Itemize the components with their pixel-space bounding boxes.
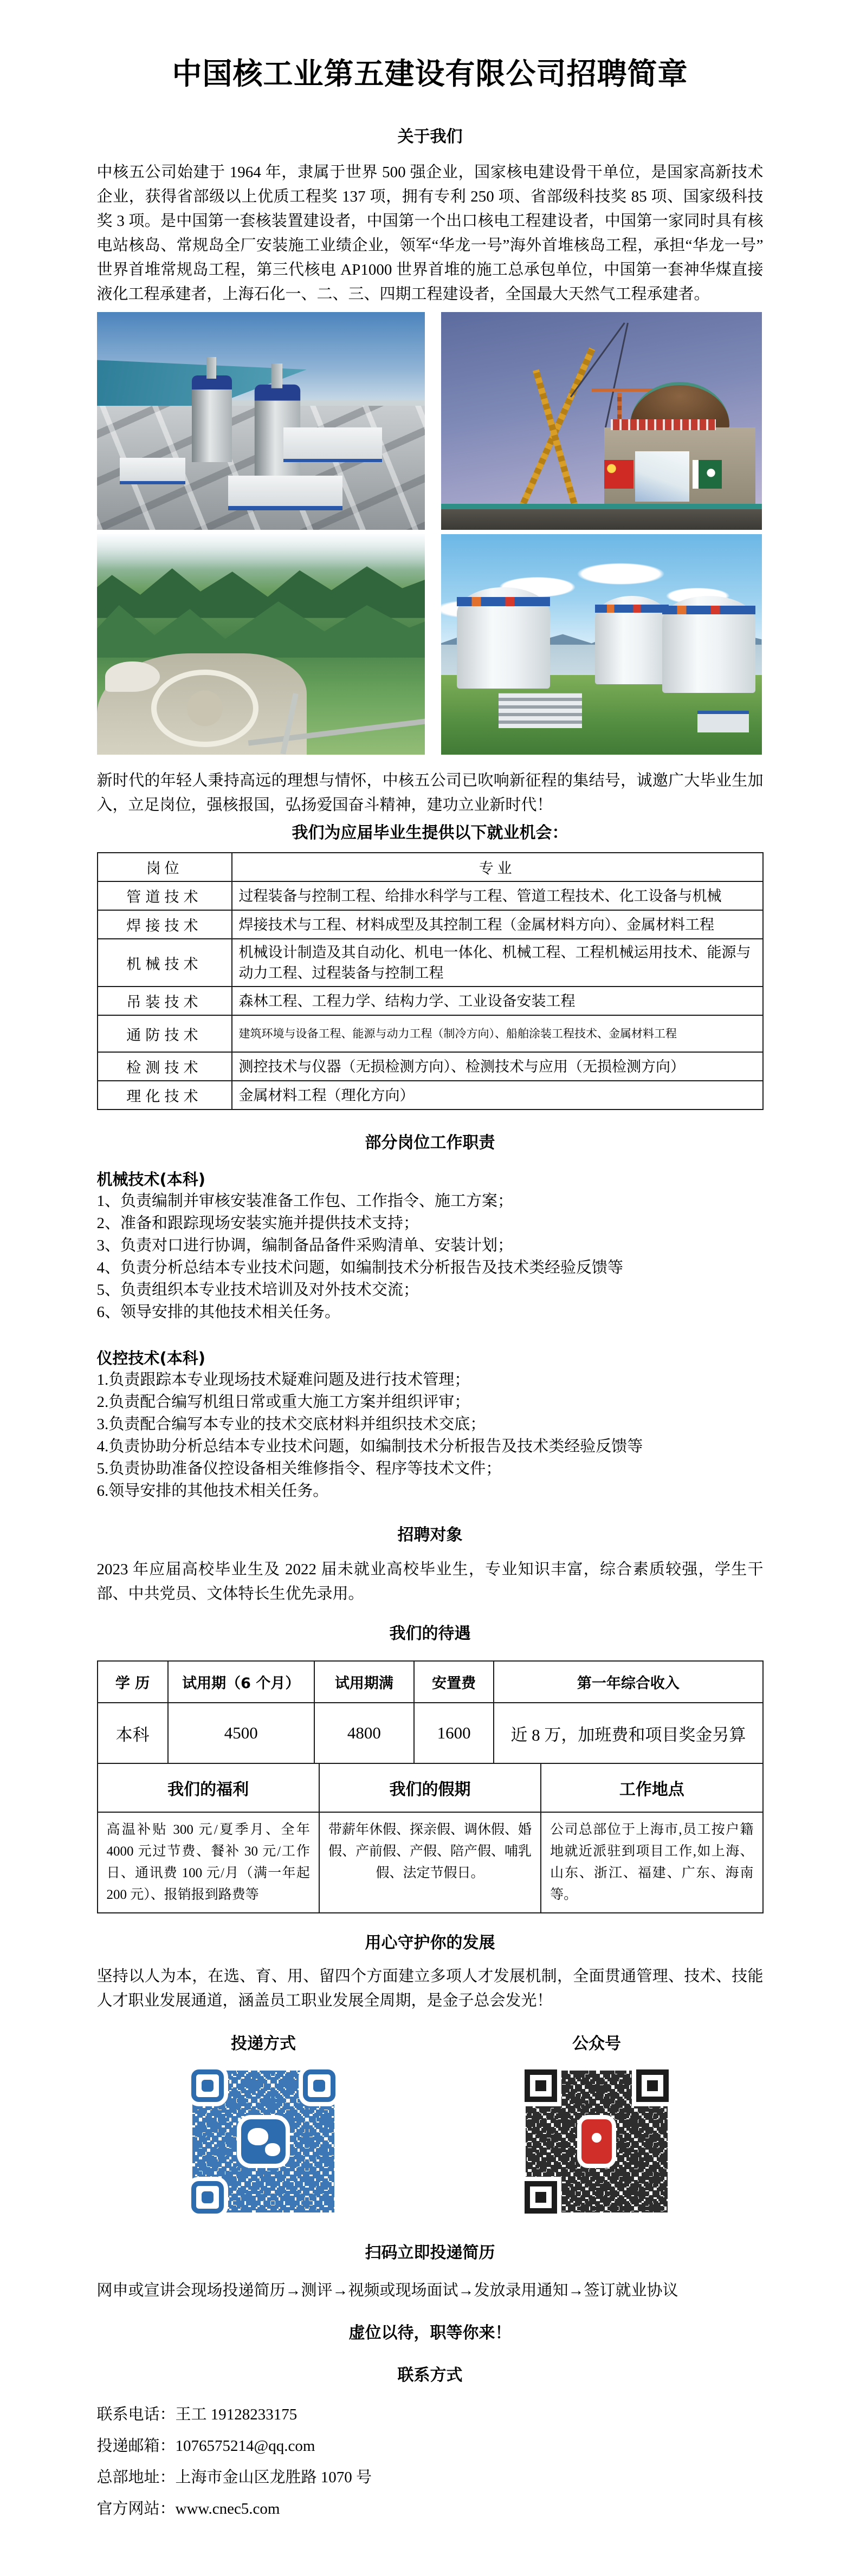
official-account-heading: 公众号 — [572, 2033, 621, 2055]
section-contact-heading: 联系方式 — [97, 2364, 764, 2387]
section-duties-heading: 部分岗位工作职责 — [97, 1132, 764, 1154]
duty-group-title-mechanical: 机械技术(本科) — [97, 1169, 764, 1190]
development-body: 坚持以人为本，在选、育、用、留四个方面建立多项人才发展机制，全面贯通管理、技术、… — [97, 1964, 764, 2013]
table-row: 机械技术 机械设计制造及其自动化、机电一体化、机械工程、工程机械运用技术、能源与… — [98, 939, 763, 987]
crane-cable-shape — [570, 322, 625, 397]
salary-education-cell: 本科 — [98, 1703, 168, 1763]
photo-green-mountains-park — [97, 534, 425, 755]
duty-item: 1.负责跟踪本专业现场技术疑难问题及进行技术管理； — [97, 1369, 764, 1391]
duty-item: 3、负责对口进行协调，编制备品备件采购清单、安装计划； — [97, 1235, 764, 1257]
office-building-shape — [499, 693, 582, 728]
official-account-logo-icon — [581, 2119, 612, 2164]
photo-grid — [97, 312, 764, 755]
wechat-icon — [241, 2119, 286, 2164]
qr-finder-icon — [303, 2069, 335, 2102]
plant-building-shape — [120, 458, 185, 484]
scan-to-apply-heading: 扫码立即投递简历 — [97, 2242, 764, 2264]
duty-item: 1、负责编制并审核安装准备工作包、工作指令、施工方案； — [97, 1190, 764, 1212]
duty-item: 4.负责协助分析总结本专业技术问题，如编制技术分析报告及技术类经验反馈等 — [97, 1436, 764, 1458]
duty-item: 2.负责配合编写机组日常或重大施工方案并组织评审； — [97, 1391, 764, 1413]
majors-cell: 建筑环境与设备工程、能源与动力工程（制冷方向）、船舶涂装工程技术、金属材料工程 — [232, 1015, 763, 1052]
qr-section: 投递方式 公众号 — [97, 2033, 764, 2218]
wechat-bubble-icon — [248, 2128, 268, 2145]
section-development-heading: 用心守护你的发展 — [97, 1932, 764, 1955]
duty-item: 6、领导安排的其他技术相关任务。 — [97, 1301, 764, 1323]
qr-finder-icon — [191, 2069, 224, 2102]
callout-paragraph: 新时代的年轻人秉持高远的理想与情怀，中核五公司已吹响新征程的集结号，诚邀广大毕业… — [97, 769, 764, 817]
target-body: 2023 年应届高校毕业生及 2022 届未就业高校毕业生，专业知识丰富，综合素… — [97, 1558, 764, 1606]
section-target-heading: 招聘对象 — [97, 1524, 764, 1547]
benefits-value-row: 高温补贴 300 元/夏季月、全年 4000 元过节费、餐补 30 元/工作日、… — [98, 1812, 763, 1913]
lng-tank-shape — [662, 596, 755, 693]
page-title: 中国核工业第五建设有限公司招聘简章 — [97, 52, 764, 95]
salary-after-trial-cell: 4800 — [314, 1703, 414, 1763]
salary-header-education: 学 历 — [98, 1661, 168, 1703]
photo-dome-lifting-crane — [441, 312, 762, 530]
mist-shape — [97, 534, 425, 569]
post-cell: 焊接技术 — [98, 910, 232, 939]
lng-tank-shape — [457, 587, 550, 689]
recruitment-flyer: 中国核工业第五建设有限公司招聘简章 关于我们 中核五公司始建于 1964 年，隶… — [97, 0, 764, 2518]
wechat-apply-qr-code — [187, 2065, 340, 2218]
duty-group-title-ic: 仪控技术(本科) — [97, 1347, 764, 1369]
contact-email: 投递邮箱：1076575214@qq.com — [97, 2437, 764, 2455]
salary-trial-cell: 4500 — [168, 1703, 314, 1763]
slogan: 虚位以待，职等你来！ — [97, 2322, 764, 2345]
majors-cell: 过程装备与控制工程、给排水科学与工程、管道工程技术、化工设备与机械 — [232, 881, 763, 910]
wechat-bubble-icon — [265, 2143, 280, 2156]
benefits-header-holiday: 我们的假期 — [319, 1763, 541, 1812]
table-row: 吊装技术 森林工程、工程力学、结构力学、工业设备安装工程 — [98, 987, 763, 1015]
benefits-location-cell: 公司总部位于上海市,员工按户籍地就近派驻到项目工作,如上海、山东、浙江、福建、广… — [541, 1812, 762, 1913]
salary-header-after-trial: 试用期满 — [314, 1661, 414, 1703]
benefits-holiday-cell: 带薪年休假、探亲假、调休假、婚假、产前假、产假、陪产假、哺乳假、法定节假日。 — [319, 1812, 541, 1913]
column-header-post: 岗位 — [98, 853, 232, 881]
photo-lng-storage-tanks — [441, 534, 762, 755]
table-row: 理化技术 金属材料工程（理化方向） — [98, 1081, 763, 1109]
majors-cell: 测控技术与仪器（无损检测方向）、检测技术与应用（无损检测方向） — [232, 1052, 763, 1081]
section-salary-heading: 我们的待遇 — [97, 1623, 764, 1645]
contact-website: 官方网站：www.cnec5.com — [97, 2500, 764, 2518]
duty-item: 5.负责协助准备仪控设备相关维修指令、程序等技术文件； — [97, 1458, 764, 1480]
china-flag-mural — [604, 460, 633, 488]
delivery-heading: 投递方式 — [231, 2033, 296, 2055]
astronaut-mural — [635, 451, 690, 501]
section-about-heading: 关于我们 — [97, 126, 764, 148]
post-cell: 吊装技术 — [98, 987, 232, 1015]
lng-tank-shape — [595, 596, 669, 684]
reactor-building-shape — [192, 375, 232, 462]
salary-settlement-cell: 1600 — [414, 1703, 494, 1763]
plant-building-shape — [283, 427, 382, 462]
table-header-row: 岗位 专业 — [98, 853, 763, 881]
qr-finder-icon — [636, 2069, 669, 2102]
table-row: 管道技术 过程装备与控制工程、给排水科学与工程、管道工程技术、化工设备与机械 — [98, 881, 763, 910]
majors-cell: 金属材料工程（理化方向） — [232, 1081, 763, 1109]
contact-phone: 联系电话：王工 19128233175 — [97, 2405, 764, 2424]
crane-boom-shape — [518, 348, 595, 510]
benefits-header-welfare: 我们的福利 — [98, 1763, 319, 1812]
salary-header-trial: 试用期（6 个月） — [168, 1661, 314, 1703]
post-cell: 管道技术 — [98, 881, 232, 910]
majors-cell: 森林工程、工程力学、结构力学、工业设备安装工程 — [232, 987, 763, 1015]
benefits-header-row: 我们的福利 我们的假期 工作地点 — [98, 1763, 763, 1812]
majors-cell: 机械设计制造及其自动化、机电一体化、机械工程、工程机械运用技术、能源与动力工程、… — [232, 939, 763, 987]
duty-item: 3.负责配合编写本专业的技术交底材料并组织技术交底； — [97, 1413, 764, 1436]
pakistan-flag-mural — [693, 460, 721, 488]
delivery-qr-column: 投递方式 — [97, 2033, 430, 2218]
official-account-qr-column: 公众号 — [430, 2033, 764, 2218]
majors-cell: 焊接技术与工程、材料成型及其控制工程（金属材料方向）、金属材料工程 — [232, 910, 763, 939]
post-cell: 理化技术 — [98, 1081, 232, 1109]
benefits-header-location: 工作地点 — [541, 1763, 762, 1812]
qr-finder-icon — [525, 2069, 557, 2102]
salary-value-row: 本科 4500 4800 1600 近 8 万，加班费和项目奖金另算 — [98, 1703, 763, 1763]
salary-income-cell: 近 8 万，加班费和项目奖金另算 — [494, 1703, 762, 1763]
crane-cable-shape — [604, 323, 629, 430]
post-cell: 通防技术 — [98, 1015, 232, 1052]
post-cell: 检测技术 — [98, 1052, 232, 1081]
benefits-table: 我们的福利 我们的假期 工作地点 高温补贴 300 元/夏季月、全年 4000 … — [97, 1763, 764, 1913]
duty-item: 2、准备和跟踪现场安装实施并提供技术支持； — [97, 1212, 764, 1235]
table-row: 焊接技术 焊接技术与工程、材料成型及其控制工程（金属材料方向）、金属材料工程 — [98, 910, 763, 939]
about-body: 中核五公司始建于 1964 年，隶属于世界 500 强企业，国家核电建设骨干单位… — [97, 160, 764, 307]
salary-header-income: 第一年综合收入 — [494, 1661, 762, 1703]
table-row: 检测技术 测控技术与仪器（无损检测方向）、检测技术与应用（无损检测方向） — [98, 1052, 763, 1081]
construction-ground-shape — [441, 508, 762, 530]
duty-item: 4、负责分析总结本专业技术问题，如编制技术分析报告及技术类经验反馈等 — [97, 1257, 764, 1279]
plant-building-shape — [228, 476, 343, 510]
column-header-major: 专业 — [232, 853, 763, 881]
duty-item: 5、负责组织本专业技术培训及对外技术交流； — [97, 1279, 764, 1301]
blue-roof-building-shape — [697, 711, 749, 733]
benefits-welfare-cell: 高温补贴 300 元/夏季月、全年 4000 元过节费、餐补 30 元/工作日、… — [98, 1812, 319, 1913]
application-process: 网申或宣讲会现场投递简历→测评→视频或现场面试→发放录用通知→签订就业协议 — [97, 2269, 764, 2312]
contact-address: 总部地址：上海市金山区龙胜路 1070 号 — [97, 2468, 764, 2487]
qr-finder-icon — [191, 2181, 224, 2214]
photo-coastal-nuclear-plant — [97, 312, 425, 530]
section-opportunities-heading: 我们为应届毕业生提供以下就业机会： — [97, 822, 764, 845]
official-account-qr-code — [520, 2065, 673, 2218]
duty-item: 6.领导安排的其他技术相关任务。 — [97, 1480, 764, 1502]
salary-header-row: 学 历 试用期（6 个月） 试用期满 安置费 第一年综合收入 — [98, 1661, 763, 1703]
post-cell: 机械技术 — [98, 939, 232, 987]
table-row: 通防技术 建筑环境与设备工程、能源与动力工程（制冷方向）、船舶涂装工程技术、金属… — [98, 1015, 763, 1052]
salary-table: 学 历 试用期（6 个月） 试用期满 安置费 第一年综合收入 本科 4500 4… — [97, 1660, 764, 1764]
salary-header-settlement: 安置费 — [414, 1661, 494, 1703]
opportunities-table: 岗位 专业 管道技术 过程装备与控制工程、给排水科学与工程、管道工程技术、化工设… — [97, 852, 764, 1110]
qr-finder-icon — [525, 2181, 557, 2214]
